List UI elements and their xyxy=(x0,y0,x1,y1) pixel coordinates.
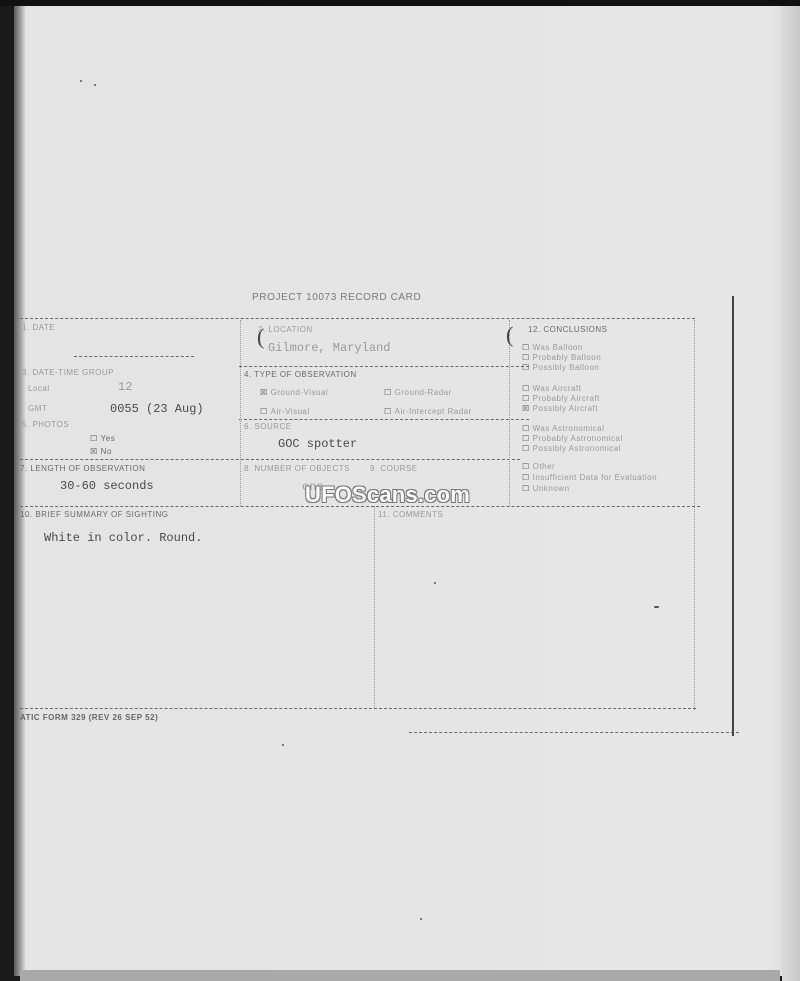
conclusion-insufficient-data: ☐Insufficient Data for Evaluation xyxy=(522,473,657,482)
photos-label: 5. PHOTOS xyxy=(22,420,69,429)
dust-speck xyxy=(80,80,82,82)
checkbox-icon: ☐ xyxy=(522,484,530,493)
photos-rule xyxy=(20,459,520,460)
conclusion-possibly-balloon: ☐Possibly Balloon xyxy=(522,363,599,372)
checked-box-icon: ☒ xyxy=(522,404,530,413)
checkbox-icon: ☐ xyxy=(384,407,392,416)
conclusion-unknown: ☐Unknown xyxy=(522,484,570,493)
column-divider-comments xyxy=(374,506,375,708)
conclusion-was-astronomical: ☐Was Astronomical xyxy=(522,424,604,433)
observation-air-intercept-radar: ☐Air-Intercept Radar xyxy=(384,407,472,416)
gmt-label: GMT xyxy=(28,404,47,413)
checkbox-icon: ☐ xyxy=(260,407,268,416)
watermark: UFOScans.com xyxy=(305,482,470,508)
summary-label: 10. BRIEF SUMMARY OF SIGHTING xyxy=(20,510,168,519)
conclusion-probably-astronomical: ☐Probably Astronomical xyxy=(522,434,623,443)
checkbox-icon: ☐ xyxy=(522,353,530,362)
scan-right-edge xyxy=(782,6,800,981)
checked-box-icon: ☒ xyxy=(260,388,268,397)
checkbox-icon: ☐ xyxy=(522,384,530,393)
scanned-page: PROJECT 10073 RECORD CARD 1. DATE 3. DAT… xyxy=(14,6,800,976)
checkbox-icon: ☐ xyxy=(522,462,530,471)
checkbox-icon: ☐ xyxy=(522,444,530,453)
checkbox-icon: ☐ xyxy=(522,363,530,372)
bottom-rule xyxy=(20,708,696,709)
local-label: Local xyxy=(28,384,50,393)
local-time-value: 12 xyxy=(118,380,132,394)
record-card: PROJECT 10073 RECORD CARD 1. DATE 3. DAT… xyxy=(14,6,800,976)
date-time-group-label: 3. DATE-TIME GROUP xyxy=(22,368,114,377)
conclusions-label: 12. CONCLUSIONS xyxy=(528,325,608,334)
checked-box-icon: ☒ xyxy=(90,447,98,456)
conclusion-possibly-aircraft: ☒Possibly Aircraft xyxy=(522,404,598,413)
course-label: 9. COURSE xyxy=(370,464,418,473)
conclusion-other: ☐Other xyxy=(522,462,555,471)
length-label: 7. LENGTH OF OBSERVATION xyxy=(20,464,145,473)
conclusion-possibly-astronomical: ☐Possibly Astronomical xyxy=(522,444,621,453)
conclusion-was-aircraft: ☐Was Aircraft xyxy=(522,384,582,393)
scan-bottom-border xyxy=(20,970,780,981)
form-number: ATIC FORM 329 (REV 26 SEP 52) xyxy=(20,713,158,722)
dust-speck xyxy=(434,582,436,584)
observation-ground-visual: ☒Ground-Visual xyxy=(260,388,328,397)
checkbox-icon: ☐ xyxy=(522,424,530,433)
number-of-objects-label: 8. NUMBER OF OBJECTS xyxy=(244,464,350,473)
checkbox-icon: ☐ xyxy=(384,388,392,397)
comments-label: 11. COMMENTS xyxy=(378,510,443,519)
card-right-edge xyxy=(732,296,734,736)
location-rule xyxy=(239,366,529,367)
gmt-value: 0055 (23 Aug) xyxy=(110,402,204,416)
dust-speck xyxy=(282,744,284,746)
location-label: 2. LOCATION xyxy=(258,325,313,334)
date-underline xyxy=(74,356,194,357)
conclusion-probably-aircraft: ☐Probably Aircraft xyxy=(522,394,600,403)
observation-label: 4. TYPE OF OBSERVATION xyxy=(244,370,357,379)
bracket-mark-conclusions: ( xyxy=(506,322,513,348)
card-title: PROJECT 10073 RECORD CARD xyxy=(252,292,421,303)
checkbox-icon: ☐ xyxy=(522,394,530,403)
right-edge-dots xyxy=(694,320,695,710)
lower-offset-rule xyxy=(409,732,739,733)
column-divider-left xyxy=(240,320,241,506)
source-label: 6. SOURCE xyxy=(244,422,292,431)
checkbox-icon: ☐ xyxy=(522,434,530,443)
length-value: 30-60 seconds xyxy=(60,479,154,493)
conclusion-was-balloon: ☐Was Balloon xyxy=(522,343,583,352)
dust-speck xyxy=(420,918,422,920)
checkbox-icon: ☐ xyxy=(90,434,98,443)
location-value: Gilmore, Maryland xyxy=(268,341,390,355)
dust-speck xyxy=(654,606,659,608)
conclusion-probably-balloon: ☐Probably Balloon xyxy=(522,353,601,362)
observation-ground-radar: ☐Ground-Radar xyxy=(384,388,452,397)
checkbox-icon: ☐ xyxy=(522,343,530,352)
checkbox-icon: ☐ xyxy=(522,473,530,482)
observation-rule xyxy=(239,419,529,420)
top-rule xyxy=(20,318,695,319)
source-value: GOC spotter xyxy=(278,437,357,451)
photos-option-no: ☒No xyxy=(90,447,112,456)
photos-option-yes: ☐Yes xyxy=(90,434,115,443)
date-label: 1. DATE xyxy=(22,323,55,332)
observation-air-visual: ☐Air-Visual xyxy=(260,407,310,416)
dust-speck xyxy=(94,84,96,86)
summary-value: White in color. Round. xyxy=(44,531,202,545)
